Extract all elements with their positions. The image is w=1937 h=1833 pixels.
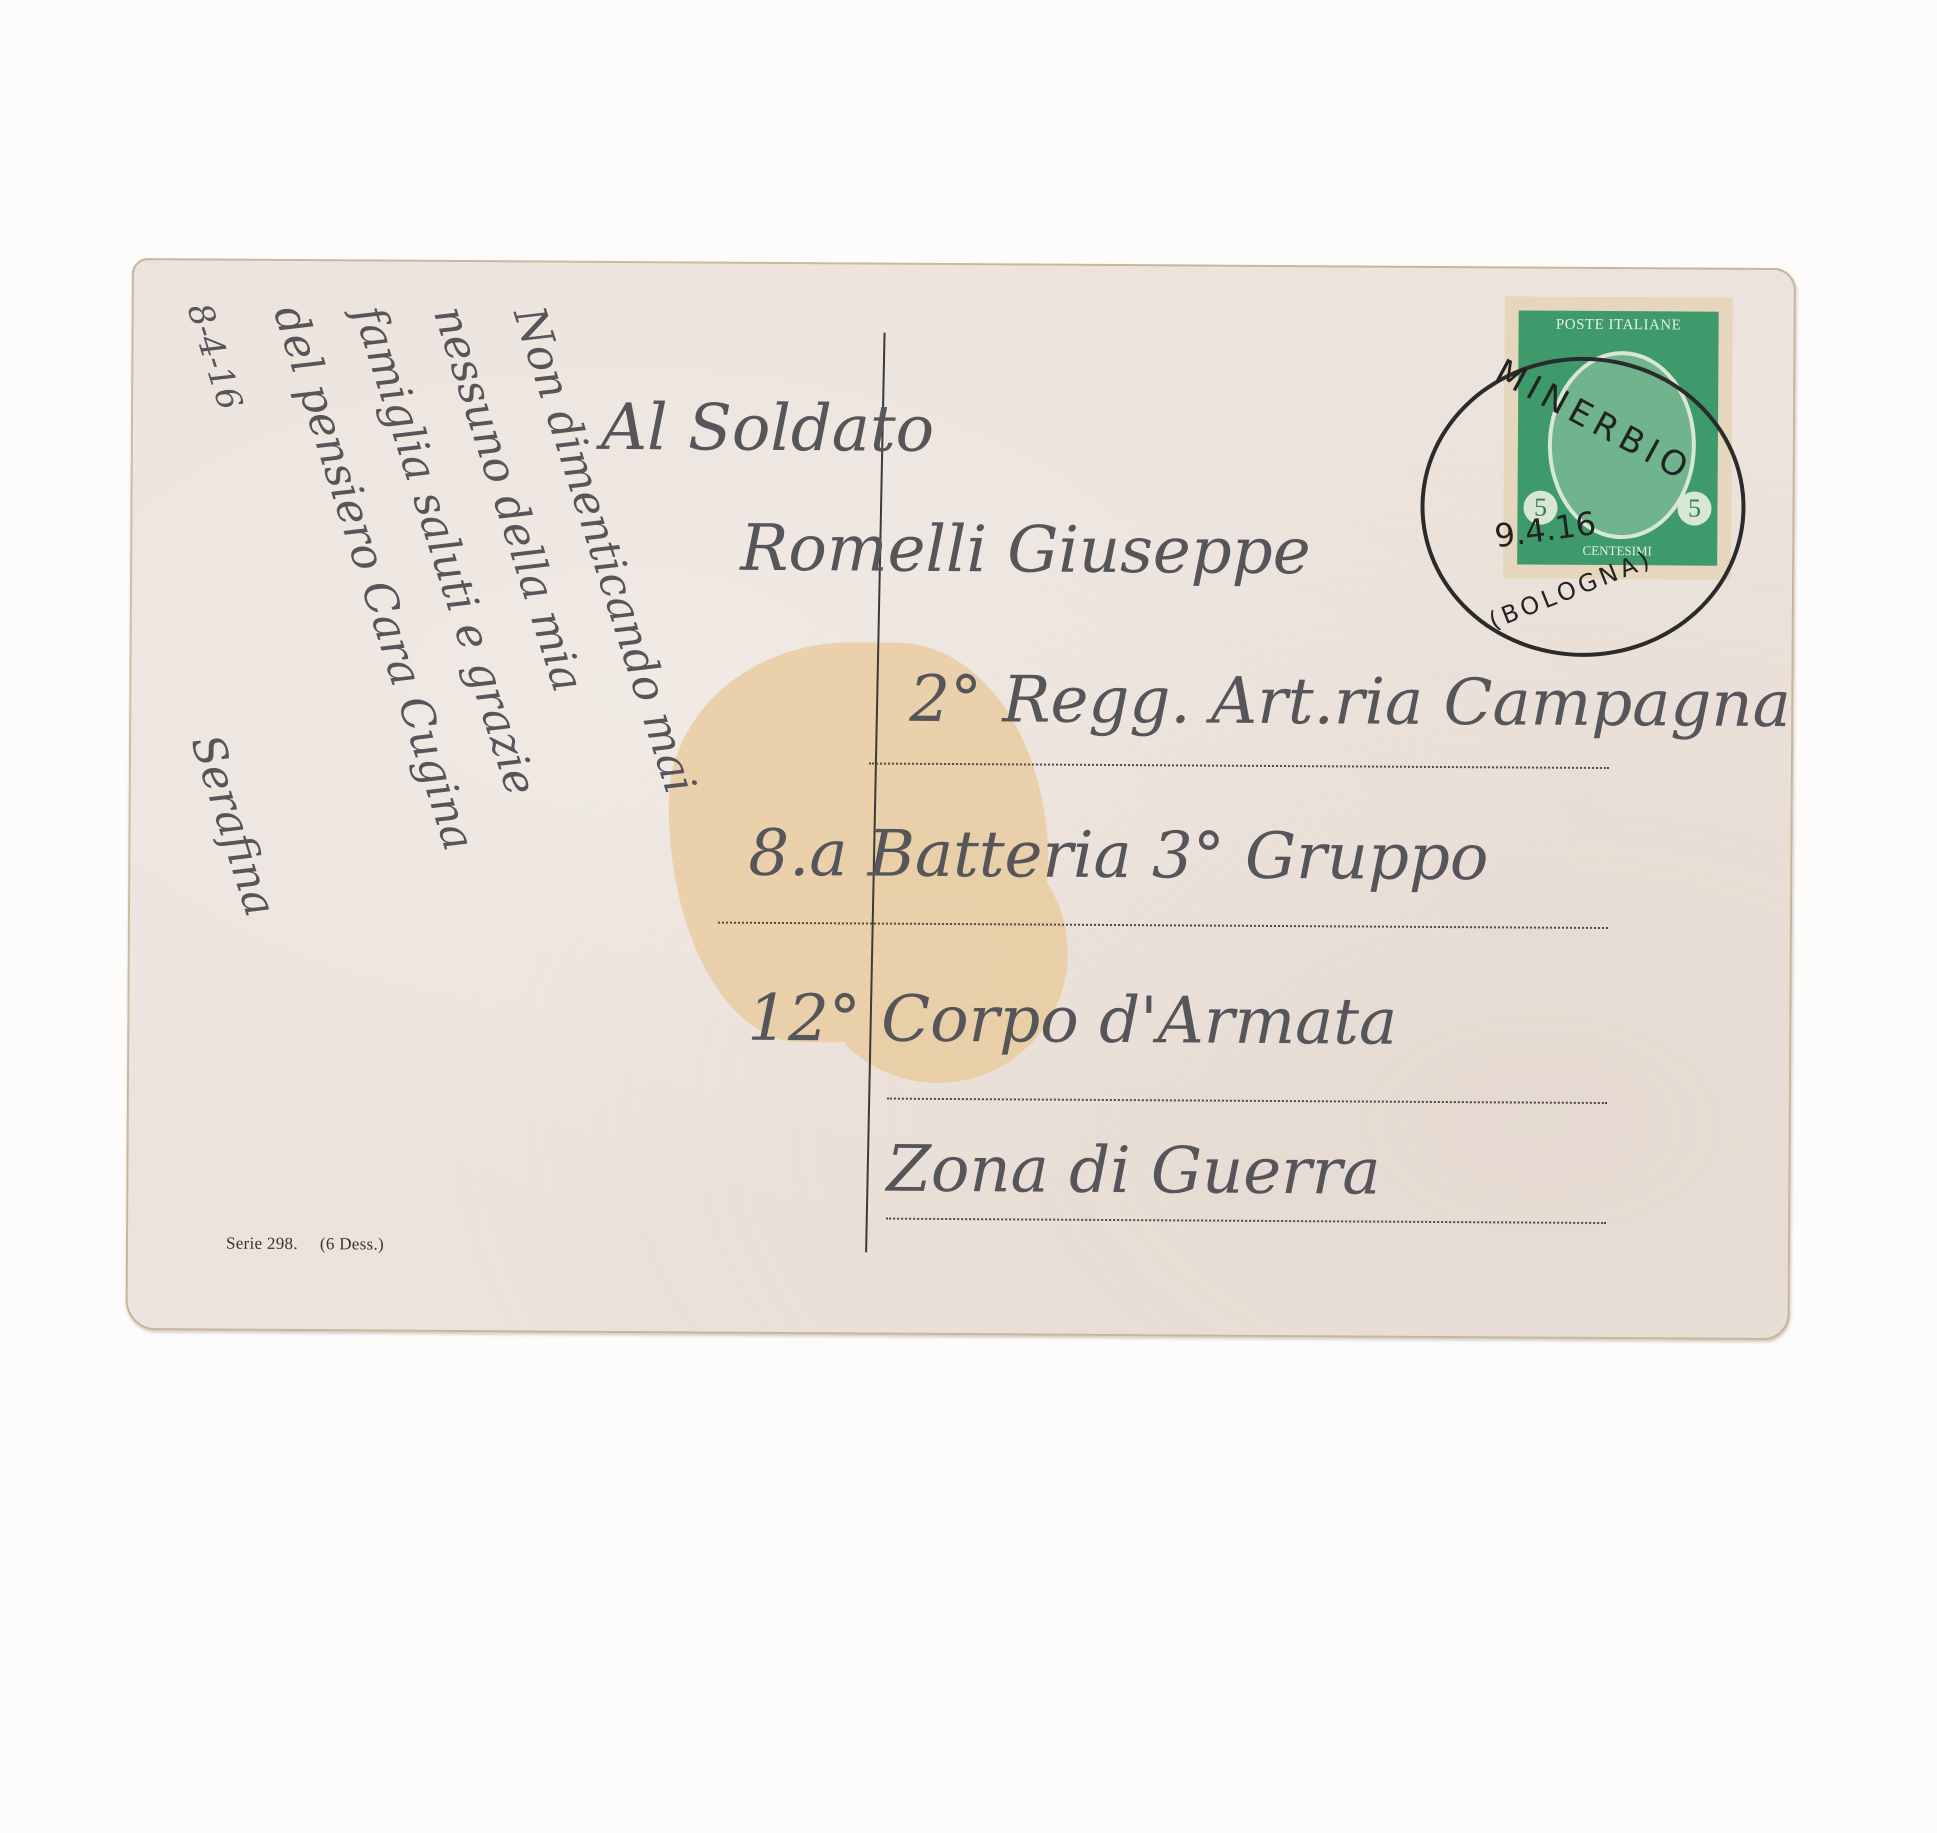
stamp-country: POSTE ITALIANE xyxy=(1519,316,1719,334)
address-line-text: Al Soldato xyxy=(601,391,935,467)
address-line-text: Zona di Guerra xyxy=(886,1133,1381,1210)
address-line-text: 2° Regg. Art.ria Campagna xyxy=(909,663,1791,742)
message-date: 8-4-16 xyxy=(179,299,250,415)
address-line-text: 8.a Batteria 3° Gruppo xyxy=(748,817,1489,896)
series-number: Serie 298. xyxy=(226,1234,298,1253)
address-line-text: Romelli Giuseppe xyxy=(740,512,1311,589)
postmark-province: (BOLOGNA) xyxy=(1485,545,1657,635)
address-line-4 xyxy=(886,1218,1606,1224)
message-signature: Serafina xyxy=(181,729,286,923)
postmark-cancel: MINERBIO 9.4.16 (BOLOGNA) xyxy=(1420,356,1747,658)
series-designs: (6 Dess.) xyxy=(320,1234,384,1253)
address-line-3 xyxy=(887,1098,1607,1104)
postcard: Al Soldato Romelli Giuseppe 2° Regg. Art… xyxy=(125,258,1796,1340)
postmark-date: 9.4.16 xyxy=(1492,504,1598,555)
printed-series-label: Serie 298.(6 Dess.) xyxy=(226,1234,384,1255)
address-line-text: 12° Corpo d'Armata xyxy=(747,982,1397,1060)
